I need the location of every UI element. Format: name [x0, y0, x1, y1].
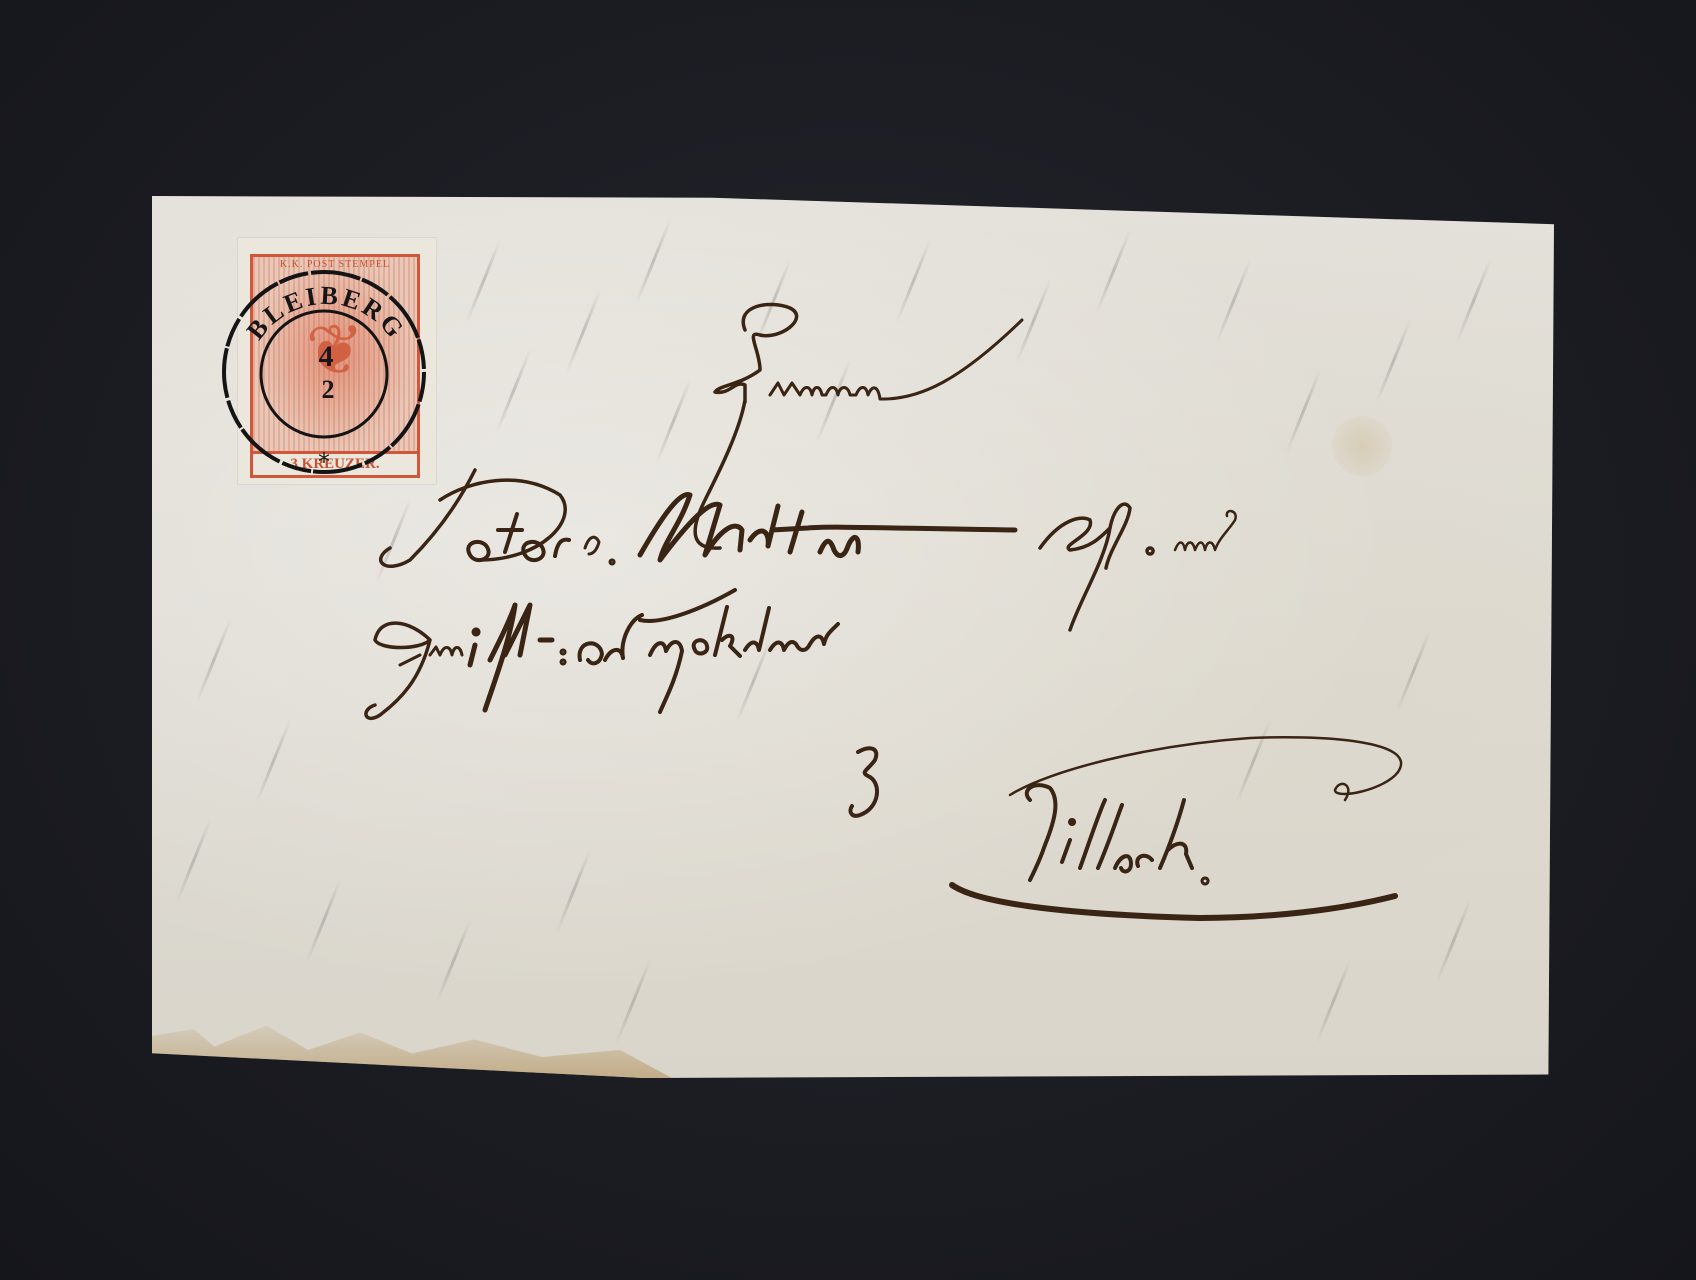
address-line-1 — [695, 304, 1022, 548]
handwritten-address — [0, 0, 1696, 1280]
